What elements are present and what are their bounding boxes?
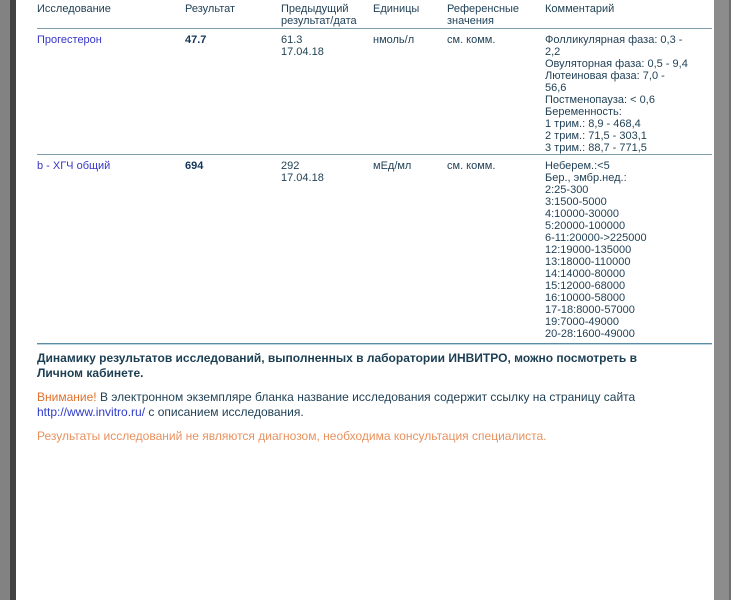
comment-line: Беременность: [545, 106, 706, 118]
comment-line: Постменопауза: < 0,6 [545, 94, 706, 106]
comment-line: Овуляторная фаза: 0,5 - 9,4 [545, 58, 706, 70]
comment-line: Лютеиновая фаза: 7,0 - [545, 70, 706, 82]
units-cell: нмоль/л [373, 34, 447, 154]
comment-line: 1 трим.: 8,9 - 468,4 [545, 118, 706, 130]
test-name-link[interactable]: Прогестерон [37, 34, 185, 154]
comment-line: 12:19000-135000 [545, 244, 706, 256]
table-row: Прогестерон 47.7 61.3 17.04.18 нмоль/л с… [37, 29, 712, 155]
comment-line: Бер., эмбр.нед.: [545, 172, 706, 184]
previous-result-value: 61.3 [281, 34, 367, 46]
table-row: b - ХГЧ общий 694 292 17.04.18 мЕд/мл см… [37, 155, 712, 340]
viewer-left-margin [0, 0, 10, 600]
comment-line: Фолликулярная фаза: 0,3 - [545, 34, 706, 46]
comment-line: 17-18:8000-57000 [545, 304, 706, 316]
attention-text-suffix: с описанием исследования. [145, 405, 304, 419]
comment-line: 3:1500-5000 [545, 196, 706, 208]
previous-result-value: 292 [281, 160, 367, 172]
comment-line: 5:20000-100000 [545, 220, 706, 232]
previous-result-cell: 292 17.04.18 [281, 160, 373, 340]
comment-line: 14:14000-80000 [545, 268, 706, 280]
viewer-right-margin [714, 0, 731, 600]
previous-result-date: 17.04.18 [281, 172, 367, 184]
comment-cell: Фолликулярная фаза: 0,3 -2,2Овуляторная … [545, 34, 712, 154]
comment-line: 15:12000-68000 [545, 280, 706, 292]
comment-line: Неберем.:<5 [545, 160, 706, 172]
test-name-link[interactable]: b - ХГЧ общий [37, 160, 185, 340]
dynamics-notice: Динамику результатов исследований, выпол… [37, 351, 685, 381]
column-header: Референсные значения [447, 3, 545, 27]
reference-values-cell: см. комм. [447, 34, 545, 154]
footer-separator-line [37, 343, 712, 345]
comment-line: 19:7000-49000 [545, 316, 706, 328]
report-page: ИсследованиеРезультатПредыдущий результа… [16, 0, 714, 600]
comment-line: 16:10000-58000 [545, 292, 706, 304]
attention-note: Внимание! В электронном экземпляре бланк… [37, 390, 677, 420]
column-header: Предыдущий результат/дата [281, 3, 373, 27]
comment-line: 2:25-300 [545, 184, 706, 196]
results-table-header: ИсследованиеРезультатПредыдущий результа… [37, 0, 712, 29]
footer-notes: Динамику результатов исследований, выпол… [37, 351, 712, 444]
units-cell: мЕд/мл [373, 160, 447, 340]
attention-label: Внимание! [37, 390, 97, 404]
comment-line: 4:10000-30000 [545, 208, 706, 220]
comment-line: 56,6 [545, 82, 706, 94]
column-header: Исследование [37, 3, 185, 27]
comment-line: 3 трим.: 88,7 - 771,5 [545, 142, 706, 154]
results-table: ИсследованиеРезультатПредыдущий результа… [37, 0, 712, 340]
comment-line: 20-28:1600-49000 [545, 328, 706, 340]
disclaimer-note: Результаты исследований не являются диаг… [37, 429, 712, 444]
comment-line: 13:18000-110000 [545, 256, 706, 268]
result-value: 694 [185, 160, 281, 340]
result-value: 47.7 [185, 34, 281, 154]
invitro-site-link[interactable]: http://www.invitro.ru/ [37, 405, 145, 419]
column-header: Единицы [373, 3, 447, 27]
comment-line: 6-11:20000->225000 [545, 232, 706, 244]
column-header: Результат [185, 3, 281, 27]
reference-values-cell: см. комм. [447, 160, 545, 340]
previous-result-cell: 61.3 17.04.18 [281, 34, 373, 154]
results-rows: Прогестерон 47.7 61.3 17.04.18 нмоль/л с… [37, 29, 712, 340]
previous-result-date: 17.04.18 [281, 46, 367, 58]
comment-cell: Неберем.:<5Бер., эмбр.нед.:2:25-3003:150… [545, 160, 712, 340]
column-header: Комментарий [545, 3, 712, 27]
comment-line: 2 трим.: 71,5 - 303,1 [545, 130, 706, 142]
attention-text: В электронном экземпляре бланка название… [97, 390, 636, 404]
comment-line: 2,2 [545, 46, 706, 58]
